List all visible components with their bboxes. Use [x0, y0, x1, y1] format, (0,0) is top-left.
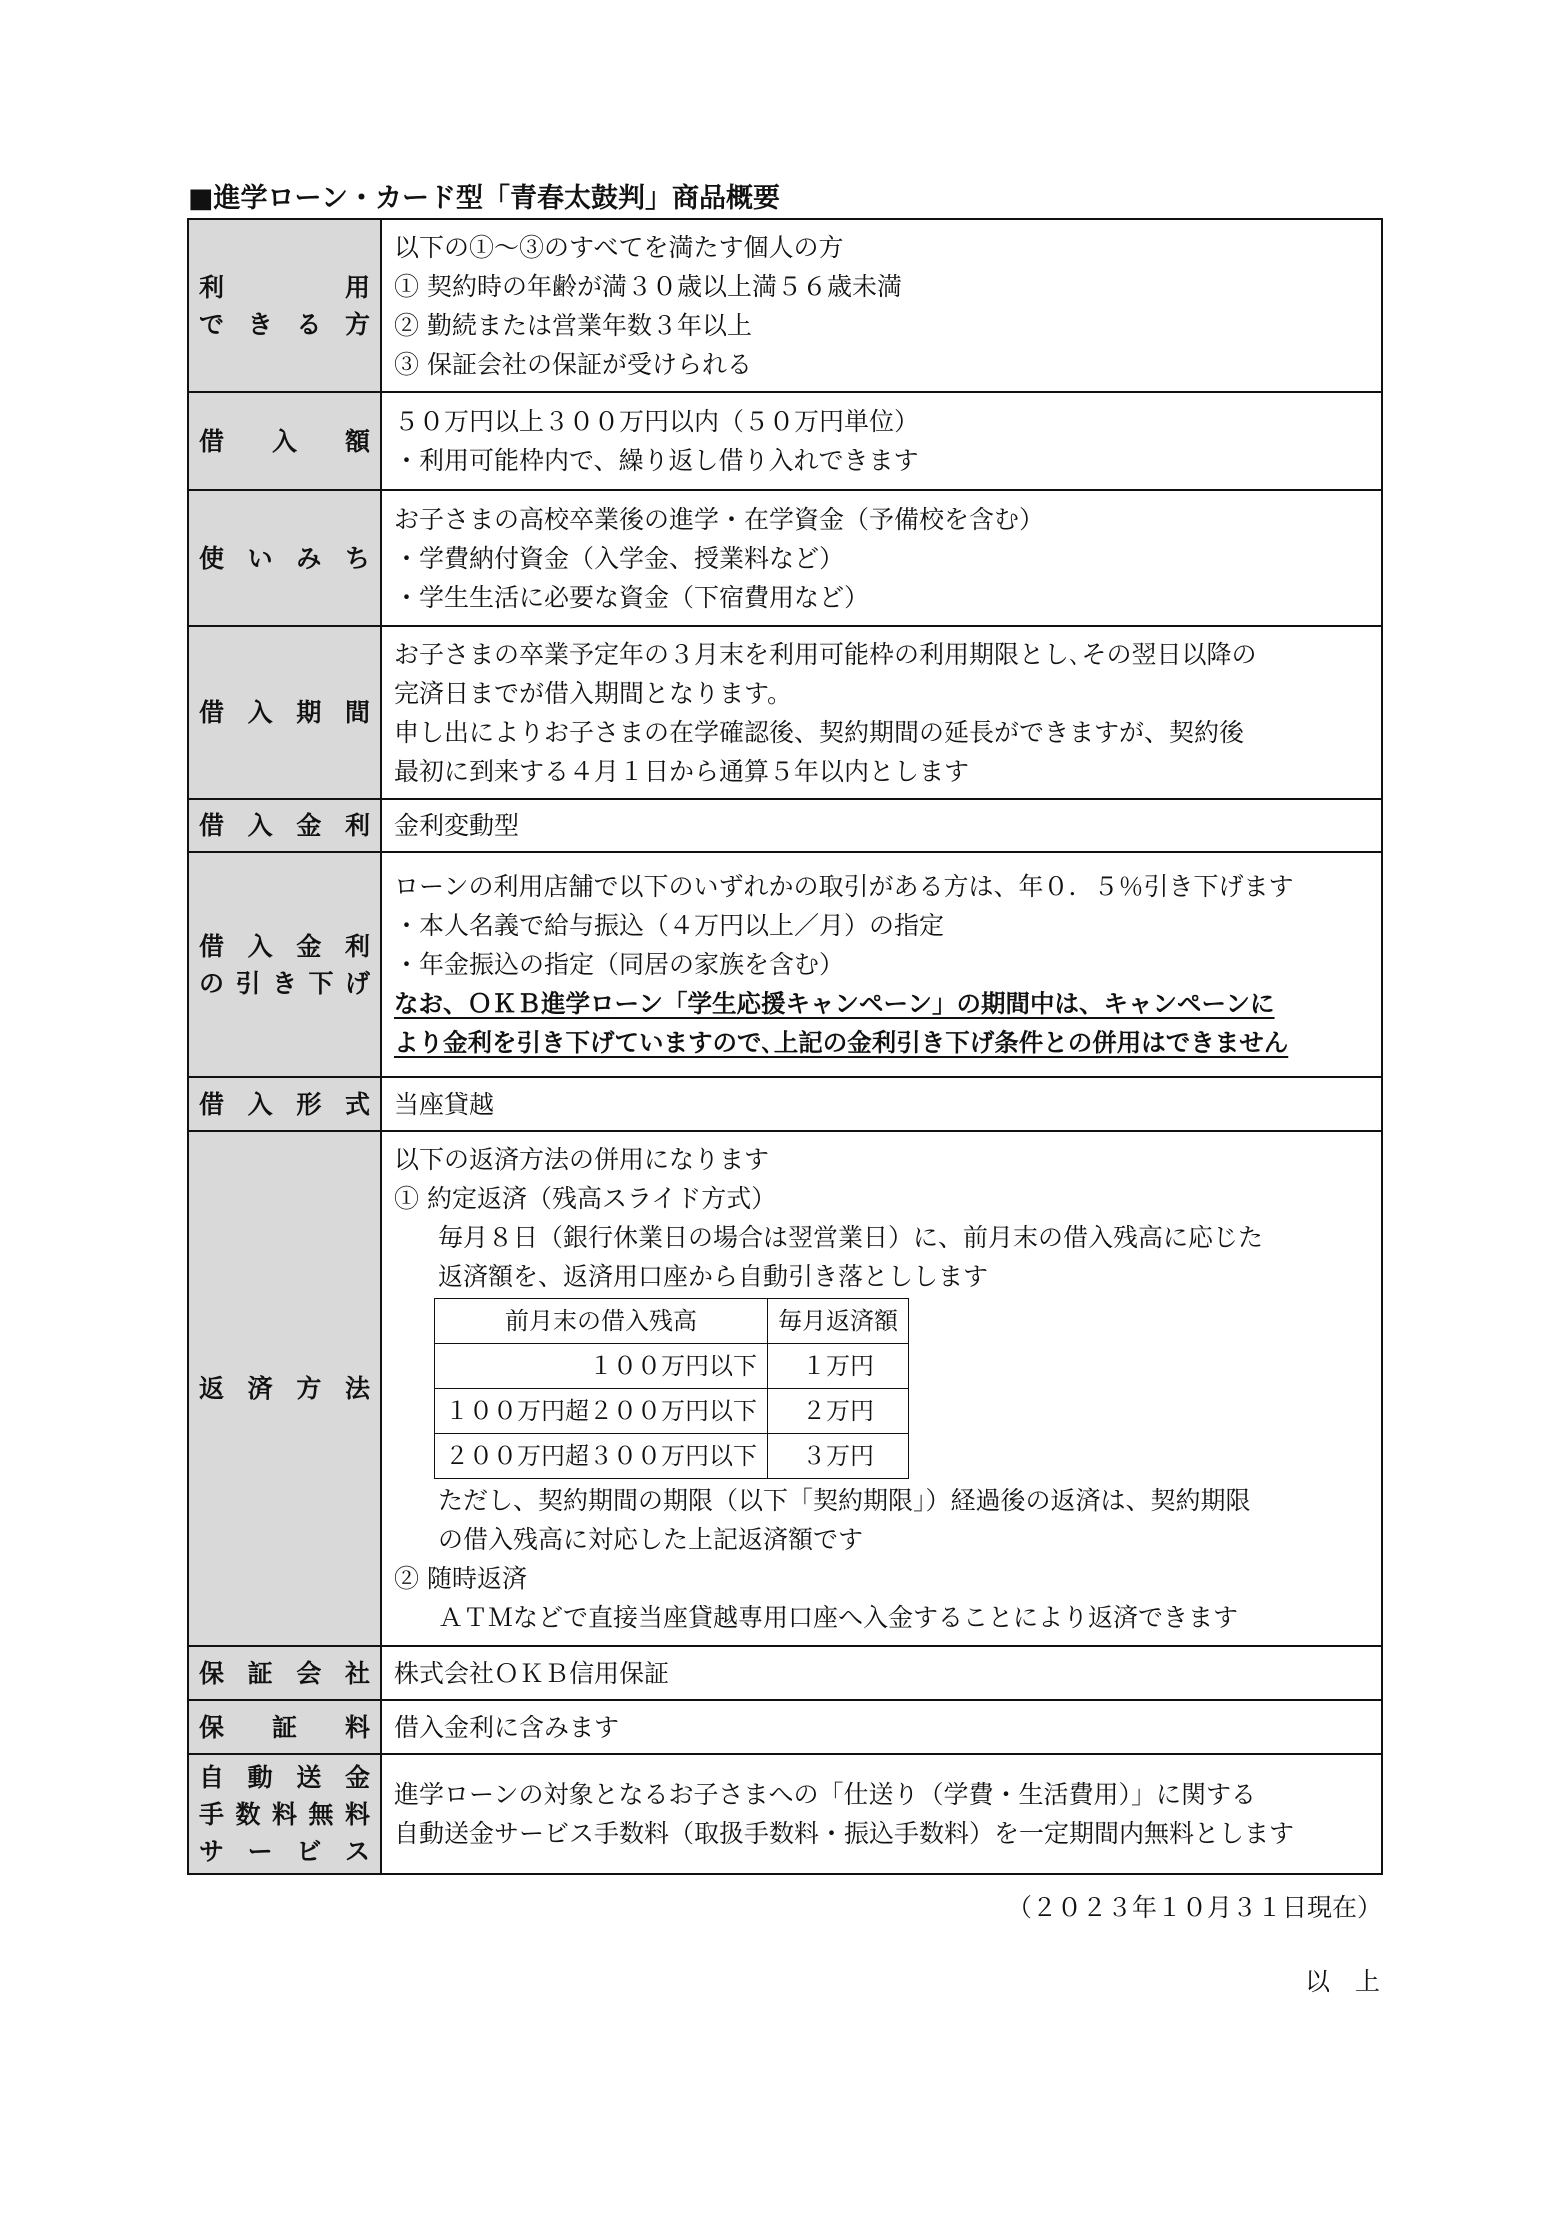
row-label-line: 借入金利 — [199, 928, 370, 965]
label-char: 借 — [199, 928, 224, 965]
label-char: 証 — [248, 1655, 273, 1692]
repayment-amount-table: 前月末の借入残高毎月返済額１００万円以下１万円１００万円超２００万円以下２万円２… — [434, 1298, 909, 1479]
value-line: 当座貸越 — [394, 1085, 1369, 1124]
row-value: 以下の①〜③のすべてを満たす個人の方① 契約時の年齢が満３０歳以上満５６歳未満②… — [381, 219, 1382, 392]
value-line: お子さまの高校卒業後の進学・在学資金（予備校を含む） — [394, 500, 1369, 539]
value-line: 以下の①〜③のすべてを満たす個人の方 — [394, 228, 1369, 267]
value-line: 借入金利に含みます — [394, 1708, 1369, 1747]
label-char: 引 — [235, 965, 260, 1002]
value-line: 申し出によりお子さまの在学確認後、契約期間の延長ができますが、契約後 — [394, 713, 1369, 752]
end-mark: 以 上 — [1305, 1962, 1380, 1998]
table-row: 借入期間お子さまの卒業予定年の３月末を利用可能枠の利用期限とし､その翌日以降の完… — [188, 626, 1382, 799]
label-char: 形 — [296, 1086, 321, 1123]
value-line: ③ 保証会社の保証が受けられる — [394, 345, 1369, 384]
table-row: 返済方法以下の返済方法の併用になります① 約定返済（残高スライド方式）毎月８日（… — [188, 1131, 1382, 1646]
label-char: 利 — [345, 807, 370, 844]
row-label: 借入金利 — [188, 799, 381, 852]
label-char: 料 — [272, 1796, 297, 1833]
row-value: 当座貸越 — [381, 1077, 1382, 1131]
label-char: 期 — [296, 694, 321, 731]
table-row: 借入形式当座貸越 — [188, 1077, 1382, 1131]
inner-cell: １００万円超２００万円以下 — [435, 1389, 768, 1434]
value-line: お子さまの卒業予定年の３月末を利用可能枠の利用期限とし､その翌日以降の — [394, 635, 1369, 674]
inner-row: １００万円超２００万円以下２万円 — [435, 1389, 909, 1434]
label-char: 入 — [248, 1086, 273, 1123]
label-char: 送 — [296, 1759, 321, 1796]
label-char: で — [199, 306, 224, 343]
row-label-line: 自動送金 — [199, 1759, 370, 1796]
label-char: 額 — [345, 423, 370, 460]
label-char: 法 — [345, 1370, 370, 1407]
label-char: げ — [345, 965, 370, 1002]
inner-row: １００万円以下１万円 — [435, 1344, 909, 1389]
row-label-line: の引き下げ — [199, 965, 370, 1002]
label-char: 借 — [199, 694, 224, 731]
value-line: ・学費納付資金（入学金、授業料など） — [394, 539, 1369, 578]
row-label-line: 保証料 — [199, 1709, 370, 1746]
label-char: き — [272, 965, 297, 1002]
label-char: 間 — [345, 694, 370, 731]
label-char: 料 — [345, 1796, 370, 1833]
row-value: お子さまの高校卒業後の進学・在学資金（予備校を含む）・学費納付資金（入学金、授業… — [381, 490, 1382, 626]
inner-header-cell: 前月末の借入残高 — [435, 1299, 768, 1344]
label-char: 借 — [199, 1086, 224, 1123]
campaign-note-line: より金利を引き下げていますので､上記の金利引き下げ条件との併用はできません — [394, 1023, 1369, 1062]
value-line: 自動送金サービス手数料（取扱手数料・振込手数料）を一定期間内無料とします — [394, 1814, 1369, 1853]
table-row: 保証料借入金利に含みます — [188, 1700, 1382, 1754]
as-of-date: （２０２３年１０月３１日現在） — [1007, 1888, 1382, 1924]
label-char: き — [248, 306, 273, 343]
label-char: 金 — [296, 807, 321, 844]
repayment-intro: 以下の返済方法の併用になります — [394, 1140, 1369, 1179]
label-char: 方 — [296, 1370, 321, 1407]
row-label: 借入期間 — [188, 626, 381, 799]
method-2-title: ② 随時返済 — [394, 1559, 1369, 1598]
label-char: 料 — [345, 1709, 370, 1746]
method-1-line: 毎月８日（銀行休業日の場合は翌営業日）に、前月末の借入残高に応じた — [394, 1218, 1369, 1257]
row-label-line: サービス — [199, 1833, 370, 1870]
row-value: ローンの利用店舗で以下のいずれかの取引がある方は、年０．５％引き下げます・本人名… — [381, 852, 1382, 1077]
label-char: 入 — [272, 423, 297, 460]
inner-row: ２００万円超３００万円以下３万円 — [435, 1434, 909, 1479]
method-1-note: ただし、契約期間の期限（以下「契約期限」）経過後の返済は、契約期限 — [394, 1481, 1369, 1520]
row-value: 金利変動型 — [381, 799, 1382, 852]
row-label-line: 保証会社 — [199, 1655, 370, 1692]
table-row: 借入金利の引き下げローンの利用店舗で以下のいずれかの取引がある方は、年０．５％引… — [188, 852, 1382, 1077]
label-char: 返 — [199, 1370, 224, 1407]
label-char: 使 — [199, 540, 224, 577]
method-2-line: ＡＴＭなどで直接当座貸越専用口座へ入金することにより返済できます — [394, 1598, 1369, 1637]
method-1-line: 返済額を、返済用口座から自動引き落としします — [394, 1257, 1369, 1296]
value-line: 株式会社ＯＫＢ信用保証 — [394, 1654, 1369, 1693]
value-line: ・本人名義で給与振込（４万円以上／月）の指定 — [394, 906, 1369, 945]
inner-header-cell: 毎月返済額 — [768, 1299, 909, 1344]
row-value: ５０万円以上３００万円以内（５０万円単位）・利用可能枠内で、繰り返し借り入れでき… — [381, 392, 1382, 490]
label-char: 動 — [248, 1759, 273, 1796]
label-char: 金 — [345, 1759, 370, 1796]
label-char: 下 — [308, 965, 333, 1002]
label-char: 自 — [199, 1759, 224, 1796]
value-line: 完済日までが借入期間となります。 — [394, 674, 1369, 713]
table-row: 使いみちお子さまの高校卒業後の進学・在学資金（予備校を含む）・学費納付資金（入学… — [188, 490, 1382, 626]
row-label-line: 借入期間 — [199, 694, 370, 731]
table-row: 利用できる方以下の①〜③のすべてを満たす個人の方① 契約時の年齢が満３０歳以上満… — [188, 219, 1382, 392]
value-line: 進学ローンの対象となるお子さまへの「仕送り（学費・生活費用）」に関する — [394, 1775, 1369, 1814]
row-label: 利用できる方 — [188, 219, 381, 392]
label-char: 会 — [296, 1655, 321, 1692]
table-row: 自動送金手数料無料サービス進学ローンの対象となるお子さまへの「仕送り（学費・生活… — [188, 1754, 1382, 1874]
row-label-line: 使いみち — [199, 540, 370, 577]
label-char: 保 — [199, 1709, 224, 1746]
row-label-line: 手数料無料 — [199, 1796, 370, 1833]
label-char: 済 — [248, 1370, 273, 1407]
label-char: 証 — [272, 1709, 297, 1746]
label-char: 用 — [345, 269, 370, 306]
table-row: 借入額５０万円以上３００万円以内（５０万円単位）・利用可能枠内で、繰り返し借り入… — [188, 392, 1382, 490]
label-char: ビ — [296, 1833, 321, 1870]
label-char: 式 — [345, 1086, 370, 1123]
row-value: 進学ローンの対象となるお子さまへの「仕送り（学費・生活費用）」に関する自動送金サ… — [381, 1754, 1382, 1874]
row-label-line: 利用 — [199, 269, 370, 306]
label-char: ス — [345, 1833, 370, 1870]
label-char: 利 — [199, 269, 224, 306]
label-char: み — [296, 540, 321, 577]
inner-cell: ２００万円超３００万円以下 — [435, 1434, 768, 1479]
inner-cell: １００万円以下 — [435, 1344, 768, 1389]
label-char: る — [296, 306, 321, 343]
label-char: 入 — [248, 807, 273, 844]
row-label-line: 借入金利 — [199, 807, 370, 844]
label-char: 利 — [345, 928, 370, 965]
inner-cell: ３万円 — [768, 1434, 909, 1479]
label-char: 金 — [296, 928, 321, 965]
row-label-line: 借入額 — [199, 423, 370, 460]
row-label: 借入額 — [188, 392, 381, 490]
row-value: 株式会社ＯＫＢ信用保証 — [381, 1646, 1382, 1700]
label-char: ち — [345, 540, 370, 577]
label-char: 借 — [199, 423, 224, 460]
value-line: ② 勤続または営業年数３年以上 — [394, 306, 1369, 345]
row-value: 借入金利に含みます — [381, 1700, 1382, 1754]
label-char: 借 — [199, 807, 224, 844]
inner-cell: ２万円 — [768, 1389, 909, 1434]
row-value: 以下の返済方法の併用になります① 約定返済（残高スライド方式）毎月８日（銀行休業… — [381, 1131, 1382, 1646]
method-1-title: ① 約定返済（残高スライド方式） — [394, 1179, 1369, 1218]
row-label-line: できる方 — [199, 306, 370, 343]
row-label: 返済方法 — [188, 1131, 381, 1646]
value-line: ・学生生活に必要な資金（下宿費用など） — [394, 578, 1369, 617]
label-char: 入 — [248, 928, 273, 965]
label-char: 保 — [199, 1655, 224, 1692]
row-value: お子さまの卒業予定年の３月末を利用可能枠の利用期限とし､その翌日以降の完済日まで… — [381, 626, 1382, 799]
row-label: 借入金利の引き下げ — [188, 852, 381, 1077]
row-label: 使いみち — [188, 490, 381, 626]
label-char: 無 — [308, 1796, 333, 1833]
table-row: 借入金利金利変動型 — [188, 799, 1382, 852]
product-summary-table: 利用できる方以下の①〜③のすべてを満たす個人の方① 契約時の年齢が満３０歳以上満… — [187, 218, 1383, 1875]
label-char: 方 — [345, 306, 370, 343]
row-label: 自動送金手数料無料サービス — [188, 1754, 381, 1874]
label-char: 社 — [345, 1655, 370, 1692]
label-char: サ — [199, 1833, 224, 1870]
table-row: 保証会社株式会社ＯＫＢ信用保証 — [188, 1646, 1382, 1700]
value-line: ローンの利用店舗で以下のいずれかの取引がある方は、年０．５％引き下げます — [394, 867, 1369, 906]
inner-cell: １万円 — [768, 1344, 909, 1389]
label-char: 手 — [199, 1796, 224, 1833]
method-1-note: の借入残高に対応した上記返済額です — [394, 1520, 1369, 1559]
value-line: ５０万円以上３００万円以内（５０万円単位） — [394, 402, 1369, 441]
label-char: の — [199, 965, 224, 1002]
label-char: い — [248, 540, 273, 577]
label-char: 入 — [248, 694, 273, 731]
row-label-line: 返済方法 — [199, 1370, 370, 1407]
label-char: ー — [248, 1833, 273, 1870]
document-title: ■進学ローン・カード型「青春太鼓判」商品概要 — [188, 176, 780, 215]
label-char: 数 — [235, 1796, 260, 1833]
value-line: ・利用可能枠内で、繰り返し借り入れできます — [394, 441, 1369, 480]
value-line: 金利変動型 — [394, 806, 1369, 845]
value-line: ・年金振込の指定（同居の家族を含む） — [394, 945, 1369, 984]
value-line: 最初に到来する４月１日から通算５年以内とします — [394, 752, 1369, 791]
campaign-note-line: なお、ＯＫＢ進学ローン「学生応援キャンペーン」の期間中は、キャンペーンに — [394, 984, 1369, 1023]
row-label: 保証料 — [188, 1700, 381, 1754]
inner-header-row: 前月末の借入残高毎月返済額 — [435, 1299, 909, 1344]
value-line: ① 契約時の年齢が満３０歳以上満５６歳未満 — [394, 267, 1369, 306]
row-label: 保証会社 — [188, 1646, 381, 1700]
row-label-line: 借入形式 — [199, 1086, 370, 1123]
row-label: 借入形式 — [188, 1077, 381, 1131]
